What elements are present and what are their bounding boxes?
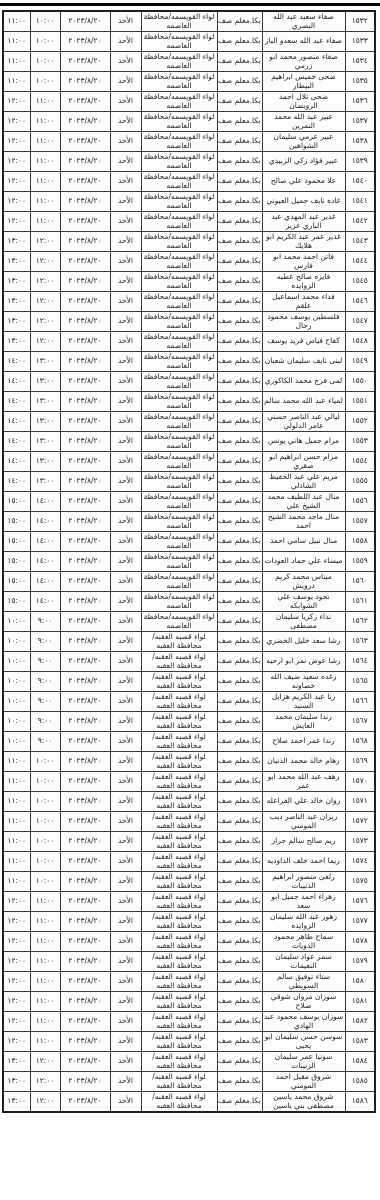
candidate-name-cell: لبنى نايف سليمان شعبان [262, 352, 345, 372]
start-time-cell: ١١:٠٠ [30, 192, 60, 212]
start-time-cell: ١٣:٠٠ [30, 372, 60, 392]
serial-number-cell: ١٥٧٢ [345, 812, 375, 832]
table-row: ١٥٦١ نجود يوسف علي الشوابكه بكا.معلم صف … [3, 592, 375, 612]
start-time-cell: ١١:٠٠ [30, 992, 60, 1012]
start-time-cell: ١٢:٠٠ [30, 272, 60, 292]
serial-number-cell: ١٥٣٧ [345, 112, 375, 132]
table-row: ١٥٧٣ ريم صالح سالم جرار بكا.معلم صف لواء… [3, 832, 375, 852]
start-time-cell: ٩:٠٠ [30, 652, 60, 672]
end-time-cell: ١٥:٠٠ [3, 592, 30, 612]
end-time-cell: ١٥:٠٠ [3, 572, 30, 592]
directorate-cell: لواء قصبه العقبه/محافظة العقبه [141, 852, 217, 872]
end-time-cell: ١٤:٠٠ [3, 392, 30, 412]
candidate-name-cell: علا محمود علي صالح [262, 172, 345, 192]
date-cell: ٢٠٢٣/٨/٢٠ [60, 652, 110, 672]
date-cell: ٢٠٢٣/٨/٢٠ [60, 472, 110, 492]
day-cell: الأحد [110, 492, 141, 512]
candidate-name-cell: صفاء عبد الله سعدو الباز [262, 32, 345, 52]
date-cell: ٢٠٢٣/٨/٢٠ [60, 172, 110, 192]
end-time-cell: ١٢:٠٠ [3, 1032, 30, 1052]
day-cell: الأحد [110, 1012, 141, 1032]
start-time-cell: ١٤:٠٠ [30, 592, 60, 612]
qualification-cell: بكا.معلم صف [217, 272, 262, 292]
table-row: ١٥٣٣ صفاء عبد الله سعدو الباز بكا.معلم ص… [3, 32, 375, 52]
candidate-name-cell: منال ماجد محمد الشيخ احمد [262, 512, 345, 532]
directorate-cell: لواء قصبه العقبه/محافظة العقبه [141, 872, 217, 892]
candidate-name-cell: سوزان مروان شوقي صلاح [262, 992, 345, 1012]
qualification-cell: بكا.معلم صف [217, 852, 262, 872]
end-time-cell: ١٢:٠٠ [3, 92, 30, 112]
directorate-cell: لواء القويسمه/محافظة العاصمه [141, 11, 217, 32]
day-cell: الأحد [110, 452, 141, 472]
table-row: ١٥٥٤ مرام حسن ابراهيم ابو صقري بكا.معلم … [3, 452, 375, 472]
date-cell: ٢٠٢٣/٨/٢٠ [60, 252, 110, 272]
candidate-name-cell: صفاء سعيد عبد الله البصري [262, 11, 345, 32]
candidate-name-cell: رشا عوض نمر ابو ارحيه [262, 652, 345, 672]
directorate-cell: لواء قصبه العقبه/محافظة العقبه [141, 812, 217, 832]
day-cell: الأحد [110, 632, 141, 652]
directorate-cell: لواء القويسمه/محافظة العاصمه [141, 232, 217, 252]
serial-number-cell: ١٥٧٠ [345, 772, 375, 792]
directorate-cell: لواء القويسمه/محافظة العاصمه [141, 72, 217, 92]
qualification-cell: بكا.معلم صف [217, 392, 262, 412]
directorate-cell: لواء القويسمه/محافظة العاصمه [141, 592, 217, 612]
day-cell: الأحد [110, 832, 141, 852]
table-row: ١٥٧٦ زهراء احمد جميل ابو سعد بكا.معلم صف… [3, 892, 375, 912]
end-time-cell: ١٥:٠٠ [3, 492, 30, 512]
day-cell: الأحد [110, 952, 141, 972]
start-time-cell: ٩:٠٠ [30, 672, 60, 692]
candidate-name-cell: فلسطين يوسف محمود رحال [262, 312, 345, 332]
start-time-cell: ١٣:٠٠ [30, 452, 60, 472]
table-row: ١٥٥٢ ليالي عبد الناصر حسني عامر الدلولي … [3, 412, 375, 432]
date-cell: ٢٠٢٣/٨/٢٠ [60, 972, 110, 992]
start-time-cell: ٩:٠٠ [30, 712, 60, 732]
candidate-name-cell: زلفى منصور ابراهيم الذنيبات [262, 872, 345, 892]
date-cell: ٢٠٢٣/٨/٢٠ [60, 32, 110, 52]
start-time-cell: ١٠:٠٠ [30, 72, 60, 92]
candidate-name-cell: رندا عمر احمد صلاح [262, 732, 345, 752]
table-row: ١٥٣٩ عبير فؤاد زكي الزبيدي بكا.معلم صف ل… [3, 152, 375, 172]
date-cell: ٢٠٢٣/٨/٢٠ [60, 52, 110, 72]
directorate-cell: لواء القويسمه/محافظة العاصمه [141, 352, 217, 372]
candidate-name-cell: عبير عزمي سليمان الشواهين [262, 132, 345, 152]
day-cell: الأحد [110, 112, 141, 132]
table-row: ١٥٥٦ منال عبد اللطيف محمد الشيخ علي بكا.… [3, 492, 375, 512]
qualification-cell: بكا.معلم صف [217, 812, 262, 832]
qualification-cell: بكا.معلم صف [217, 112, 262, 132]
day-cell: الأحد [110, 11, 141, 32]
candidate-name-cell: ضحى خميس ابراهيم البيطار [262, 72, 345, 92]
qualification-cell: بكا.معلم صف [217, 552, 262, 572]
table-row: ١٥٨٥ شروق مقبل احمد المومني بكا.معلم صف … [3, 1072, 375, 1092]
date-cell: ٢٠٢٣/٨/٢٠ [60, 72, 110, 92]
serial-number-cell: ١٥٧٧ [345, 912, 375, 932]
table-row: ١٥٥١ لمياء عبد الله محمد سالم بكا.معلم ص… [3, 392, 375, 412]
end-time-cell: ١١:٠٠ [3, 11, 30, 32]
qualification-cell: بكا.معلم صف [217, 132, 262, 152]
qualification-cell: بكا.معلم صف [217, 92, 262, 112]
serial-number-cell: ١٥٥٢ [345, 412, 375, 432]
day-cell: الأحد [110, 412, 141, 432]
end-time-cell: ١٤:٠٠ [3, 372, 30, 392]
start-time-cell: ١١:٠٠ [30, 132, 60, 152]
serial-number-cell: ١٥٨٥ [345, 1072, 375, 1092]
table-row: ١٥٧٢ ريزان عبد الناصر ديب المومني بكا.مع… [3, 812, 375, 832]
serial-number-cell: ١٥٣٣ [345, 32, 375, 52]
directorate-cell: لواء القويسمه/محافظة العاصمه [141, 212, 217, 232]
end-time-cell: ١٥:٠٠ [3, 532, 30, 552]
directorate-cell: لواء قصبه العقبه/محافظة العقبه [141, 692, 217, 712]
qualification-cell: بكا.معلم صف [217, 172, 262, 192]
start-time-cell: ١١:٠٠ [30, 152, 60, 172]
serial-number-cell: ١٥٤٨ [345, 332, 375, 352]
serial-number-cell: ١٥٤٣ [345, 232, 375, 252]
date-cell: ٢٠٢٣/٨/٢٠ [60, 1052, 110, 1072]
day-cell: الأحد [110, 572, 141, 592]
qualification-cell: بكا.معلم صف [217, 832, 262, 852]
end-time-cell: ١١:٠٠ [3, 72, 30, 92]
candidate-name-cell: سناء توفيق سالم السويطي [262, 972, 345, 992]
start-time-cell: ١١:٠٠ [30, 972, 60, 992]
end-time-cell: ١٣:٠٠ [3, 1092, 30, 1113]
end-time-cell: ١٥:٠٠ [3, 552, 30, 572]
day-cell: الأحد [110, 1072, 141, 1092]
day-cell: الأحد [110, 252, 141, 272]
candidate-name-cell: رشا سعد خليل الخضري [262, 632, 345, 652]
qualification-cell: بكا.معلم صف [217, 52, 262, 72]
end-time-cell: ١٤:٠٠ [3, 352, 30, 372]
day-cell: الأحد [110, 992, 141, 1012]
serial-number-cell: ١٥٥١ [345, 392, 375, 412]
table-row: ١٥٣٥ ضحى خميس ابراهيم البيطار بكا.معلم ص… [3, 72, 375, 92]
table-row: ١٥٧٤ ريما احمد خلف الداوديه بكا.معلم صف … [3, 852, 375, 872]
day-cell: الأحد [110, 292, 141, 312]
table-row: ١٥٦٦ رنا عبد الكريم هزايل السنيد بكا.معل… [3, 692, 375, 712]
date-cell: ٢٠٢٣/٨/٢٠ [60, 692, 110, 712]
directorate-cell: لواء القويسمه/محافظة العاصمه [141, 572, 217, 592]
directorate-cell: لواء قصبه العقبه/محافظة العقبه [141, 1032, 217, 1052]
directorate-cell: لواء القويسمه/محافظة العاصمه [141, 152, 217, 172]
serial-number-cell: ١٥٧٨ [345, 932, 375, 952]
candidate-name-cell: رندا سليمان محمد العايش [262, 712, 345, 732]
qualification-cell: بكا.معلم صف [217, 672, 262, 692]
qualification-cell: بكا.معلم صف [217, 472, 262, 492]
table-row: ١٥٥٣ مرام جميل هاني يونس بكا.معلم صف لوا… [3, 432, 375, 452]
candidate-name-cell: سمر عواد سليمان النعيمات [262, 952, 345, 972]
date-cell: ٢٠٢٣/٨/٢٠ [60, 192, 110, 212]
table-row: ١٥٣٦ ضحى تلال احمد الرويضان بكا.معلم صف … [3, 92, 375, 112]
table-row: ١٥٦٨ رندا عمر احمد صلاح بكا.معلم صف لواء… [3, 732, 375, 752]
day-cell: الأحد [110, 472, 141, 492]
end-time-cell: ١٠:٠٠ [3, 612, 30, 632]
serial-number-cell: ١٥٥٠ [345, 372, 375, 392]
qualification-cell: بكا.معلم صف [217, 372, 262, 392]
table-row: ١٥٦٧ رندا سليمان محمد العايش بكا.معلم صف… [3, 712, 375, 732]
serial-number-cell: ١٥٨٣ [345, 1032, 375, 1052]
qualification-cell: بكا.معلم صف [217, 432, 262, 452]
date-cell: ٢٠٢٣/٨/٢٠ [60, 332, 110, 352]
qualification-cell: بكا.معلم صف [217, 252, 262, 272]
table-row: ١٥٦٠ ميناس محمد كريم درويش بكا.معلم صف ل… [3, 572, 375, 592]
end-time-cell: ١٢:٠٠ [3, 992, 30, 1012]
qualification-cell: بكا.معلم صف [217, 992, 262, 1012]
date-cell: ٢٠٢٣/٨/٢٠ [60, 912, 110, 932]
day-cell: الأحد [110, 1052, 141, 1072]
serial-number-cell: ١٥٦١ [345, 592, 375, 612]
qualification-cell: بكا.معلم صف [217, 592, 262, 612]
end-time-cell: ١١:٠٠ [3, 852, 30, 872]
candidate-name-cell: نداء زكريا سليمان مصطفى [262, 612, 345, 632]
table-row: ١٥٥٩ ميساء علي حماد العودات بكا.معلم صف … [3, 552, 375, 572]
end-time-cell: ١١:٠٠ [3, 752, 30, 772]
serial-number-cell: ١٥٨٦ [345, 1092, 375, 1113]
qualification-cell: بكا.معلم صف [217, 752, 262, 772]
date-cell: ٢٠٢٣/٨/٢٠ [60, 832, 110, 852]
directorate-cell: لواء القويسمه/محافظة العاصمه [141, 192, 217, 212]
date-cell: ٢٠٢٣/٨/٢٠ [60, 632, 110, 652]
serial-number-cell: ١٥٦٢ [345, 612, 375, 632]
serial-number-cell: ١٥٧٣ [345, 832, 375, 852]
start-time-cell: ١٠:٠٠ [30, 52, 60, 72]
document-page: ١٥٣٢ صفاء سعيد عبد الله البصري بكا.معلم … [0, 0, 380, 1200]
day-cell: الأحد [110, 132, 141, 152]
day-cell: الأحد [110, 912, 141, 932]
qualification-cell: بكا.معلم صف [217, 712, 262, 732]
end-time-cell: ١١:٠٠ [3, 772, 30, 792]
candidate-name-cell: رهام خالد محمد الذنيان [262, 752, 345, 772]
directorate-cell: لواء القويسمه/محافظة العاصمه [141, 492, 217, 512]
serial-number-cell: ١٥٥٨ [345, 532, 375, 552]
exam-schedule-table: ١٥٣٢ صفاء سعيد عبد الله البصري بكا.معلم … [2, 10, 376, 1113]
day-cell: الأحد [110, 92, 141, 112]
serial-number-cell: ١٥٣٢ [345, 11, 375, 32]
end-time-cell: ١٠:٠٠ [3, 712, 30, 732]
end-time-cell: ١٠:٠٠ [3, 672, 30, 692]
end-time-cell: ١٢:٠٠ [3, 972, 30, 992]
date-cell: ٢٠٢٣/٨/٢٠ [60, 312, 110, 332]
candidate-name-cell: شروق مقبل احمد المومني [262, 1072, 345, 1092]
date-cell: ٢٠٢٣/٨/٢٠ [60, 852, 110, 872]
start-time-cell: ٩:٠٠ [30, 732, 60, 752]
table-row: ١٥٤٤ فاتن احمد محمد ابو فارس بكا.معلم صف… [3, 252, 375, 272]
serial-number-cell: ١٥٤١ [345, 192, 375, 212]
qualification-cell: بكا.معلم صف [217, 512, 262, 532]
qualification-cell: بكا.معلم صف [217, 952, 262, 972]
candidate-name-cell: لمياء عبد الله محمد سالم [262, 392, 345, 412]
directorate-cell: لواء قصبه العقبه/محافظة العقبه [141, 632, 217, 652]
directorate-cell: لواء القويسمه/محافظة العاصمه [141, 412, 217, 432]
start-time-cell: ١٣:٠٠ [30, 432, 60, 452]
table-row: ١٥٤٥ فايزه صالح عطيه الزوايده بكا.معلم ص… [3, 272, 375, 292]
candidate-name-cell: مريم علي عبد الحفيظ الشاذلي [262, 472, 345, 492]
start-time-cell: ١٣:٠٠ [30, 392, 60, 412]
end-time-cell: ١٢:٠٠ [3, 932, 30, 952]
table-row: ١٥٦٩ رهام خالد محمد الذنيان بكا.معلم صف … [3, 752, 375, 772]
directorate-cell: لواء قصبه العقبه/محافظة العقبه [141, 672, 217, 692]
directorate-cell: لواء قصبه العقبه/محافظة العقبه [141, 792, 217, 812]
table-row: ١٥٨٤ سونيا عمر سليمان الزنيبات بكا.معلم … [3, 1052, 375, 1072]
qualification-cell: بكا.معلم صف [217, 652, 262, 672]
start-time-cell: ١١:٠٠ [30, 1012, 60, 1032]
date-cell: ٢٠٢٣/٨/٢٠ [60, 752, 110, 772]
directorate-cell: لواء القويسمه/محافظة العاصمه [141, 552, 217, 572]
date-cell: ٢٠٢٣/٨/٢٠ [60, 432, 110, 452]
end-time-cell: ١٢:٠٠ [3, 112, 30, 132]
serial-number-cell: ١٥٦٦ [345, 692, 375, 712]
end-time-cell: ١٢:٠٠ [3, 892, 30, 912]
directorate-cell: لواء القويسمه/محافظة العاصمه [141, 132, 217, 152]
candidate-name-cell: عبير عبد الله محمد النمرين [262, 112, 345, 132]
start-time-cell: ١١:٠٠ [30, 92, 60, 112]
candidate-name-cell: روان خالد علي الفراعله [262, 792, 345, 812]
qualification-cell: بكا.معلم صف [217, 692, 262, 712]
end-time-cell: ١٢:٠٠ [3, 172, 30, 192]
directorate-cell: لواء القويسمه/محافظة العاصمه [141, 452, 217, 472]
qualification-cell: بكا.معلم صف [217, 332, 262, 352]
table-row: ١٥٥٥ مريم علي عبد الحفيظ الشاذلي بكا.معل… [3, 472, 375, 492]
directorate-cell: لواء القويسمه/محافظة العاصمه [141, 512, 217, 532]
day-cell: الأحد [110, 232, 141, 252]
date-cell: ٢٠٢٣/٨/٢٠ [60, 452, 110, 472]
end-time-cell: ١٣:٠٠ [3, 292, 30, 312]
qualification-cell: بكا.معلم صف [217, 772, 262, 792]
qualification-cell: بكا.معلم صف [217, 152, 262, 172]
day-cell: الأحد [110, 212, 141, 232]
start-time-cell: ٩:٠٠ [30, 692, 60, 712]
candidate-name-cell: منال عبد اللطيف محمد الشيخ علي [262, 492, 345, 512]
candidate-name-cell: فايزه صالح عطيه الزوايده [262, 272, 345, 292]
start-time-cell: ١١:٠٠ [30, 172, 60, 192]
start-time-cell: ١٢:٠٠ [30, 1072, 60, 1092]
serial-number-cell: ١٥٦٣ [345, 632, 375, 652]
qualification-cell: بكا.معلم صف [217, 912, 262, 932]
start-time-cell: ١٣:٠٠ [30, 412, 60, 432]
date-cell: ٢٠٢٣/٨/٢٠ [60, 512, 110, 532]
start-time-cell: ١٠:٠٠ [30, 872, 60, 892]
date-cell: ٢٠٢٣/٨/٢٠ [60, 732, 110, 752]
start-time-cell: ١١:٠٠ [30, 952, 60, 972]
start-time-cell: ١٠:٠٠ [30, 832, 60, 852]
day-cell: الأحد [110, 712, 141, 732]
qualification-cell: بكا.معلم صف [217, 612, 262, 632]
date-cell: ٢٠٢٣/٨/٢٠ [60, 772, 110, 792]
candidate-name-cell: منال نبيل سامي احمد [262, 532, 345, 552]
serial-number-cell: ١٥٨١ [345, 992, 375, 1012]
date-cell: ٢٠٢٣/٨/٢٠ [60, 392, 110, 412]
directorate-cell: لواء القويسمه/محافظة العاصمه [141, 332, 217, 352]
start-time-cell: ١٠:٠٠ [30, 32, 60, 52]
table-row: ١٥٤١ غاده نايف جميل العيوني بكا.معلم صف … [3, 192, 375, 212]
serial-number-cell: ١٥٧٤ [345, 852, 375, 872]
day-cell: الأحد [110, 652, 141, 672]
candidate-name-cell: سوزان يوسف محمود عبد الهادي [262, 1012, 345, 1032]
start-time-cell: ١٠:٠٠ [30, 752, 60, 772]
directorate-cell: لواء القويسمه/محافظة العاصمه [141, 372, 217, 392]
qualification-cell: بكا.معلم صف [217, 352, 262, 372]
candidate-name-cell: نجود يوسف علي الشوابكه [262, 592, 345, 612]
serial-number-cell: ١٥٧٦ [345, 892, 375, 912]
end-time-cell: ١٤:٠٠ [3, 432, 30, 452]
candidate-name-cell: سماح طاهر محمود الدويات [262, 932, 345, 952]
directorate-cell: لواء قصبه العقبه/محافظة العقبه [141, 732, 217, 752]
serial-number-cell: ١٥٧٩ [345, 952, 375, 972]
end-time-cell: ١٢:٠٠ [3, 952, 30, 972]
qualification-cell: بكا.معلم صف [217, 292, 262, 312]
start-time-cell: ١١:٠٠ [30, 112, 60, 132]
table-row: ١٥٦٥ رغده سعيد ضيف الله خصاونه بكا.معلم … [3, 672, 375, 692]
qualification-cell: بكا.معلم صف [217, 192, 262, 212]
qualification-cell: بكا.معلم صف [217, 792, 262, 812]
date-cell: ٢٠٢٣/٨/٢٠ [60, 212, 110, 232]
date-cell: ٢٠٢٣/٨/٢٠ [60, 352, 110, 372]
day-cell: الأحد [110, 732, 141, 752]
candidate-name-cell: زهور عبد الله سليمان الزوايده [262, 912, 345, 932]
candidate-name-cell: ريما احمد خلف الداوديه [262, 852, 345, 872]
day-cell: الأحد [110, 332, 141, 352]
date-cell: ٢٠٢٣/٨/٢٠ [60, 372, 110, 392]
directorate-cell: لواء القويسمه/محافظة العاصمه [141, 432, 217, 452]
directorate-cell: لواء القويسمه/محافظة العاصمه [141, 612, 217, 632]
qualification-cell: بكا.معلم صف [217, 1032, 262, 1052]
directorate-cell: لواء قصبه العقبه/محافظة العقبه [141, 932, 217, 952]
directorate-cell: لواء قصبه العقبه/محافظة العقبه [141, 652, 217, 672]
day-cell: الأحد [110, 812, 141, 832]
day-cell: الأحد [110, 872, 141, 892]
day-cell: الأحد [110, 772, 141, 792]
serial-number-cell: ١٥٧١ [345, 792, 375, 812]
day-cell: الأحد [110, 612, 141, 632]
serial-number-cell: ١٥٥٦ [345, 492, 375, 512]
serial-number-cell: ١٥٤٤ [345, 252, 375, 272]
start-time-cell: ٩:٠٠ [30, 632, 60, 652]
qualification-cell: بكا.معلم صف [217, 892, 262, 912]
end-time-cell: ١١:٠٠ [3, 832, 30, 852]
end-time-cell: ١٣:٠٠ [3, 312, 30, 332]
day-cell: الأحد [110, 52, 141, 72]
end-time-cell: ١٠:٠٠ [3, 632, 30, 652]
serial-number-cell: ١٥٨٠ [345, 972, 375, 992]
directorate-cell: لواء قصبه العقبه/محافظة العقبه [141, 772, 217, 792]
table-row: ١٥٣٨ عبير عزمي سليمان الشواهين بكا.معلم … [3, 132, 375, 152]
date-cell: ٢٠٢٣/٨/٢٠ [60, 992, 110, 1012]
end-time-cell: ١٠:٠٠ [3, 692, 30, 712]
end-time-cell: ١٣:٠٠ [3, 272, 30, 292]
date-cell: ٢٠٢٣/٨/٢٠ [60, 1012, 110, 1032]
directorate-cell: لواء قصبه العقبه/محافظة العقبه [141, 1012, 217, 1032]
directorate-cell: لواء القويسمه/محافظة العاصمه [141, 32, 217, 52]
directorate-cell: لواء قصبه العقبه/محافظة العقبه [141, 912, 217, 932]
directorate-cell: لواء القويسمه/محافظة العاصمه [141, 92, 217, 112]
serial-number-cell: ١٥٤٦ [345, 292, 375, 312]
day-cell: الأحد [110, 352, 141, 372]
start-time-cell: ١٤:٠٠ [30, 552, 60, 572]
day-cell: الأحد [110, 152, 141, 172]
serial-number-cell: ١٥٦٠ [345, 572, 375, 592]
table-row: ١٥٦٤ رشا عوض نمر ابو ارحيه بكا.معلم صف ل… [3, 652, 375, 672]
table-row: ١٥٧١ روان خالد علي الفراعله بكا.معلم صف … [3, 792, 375, 812]
day-cell: الأحد [110, 32, 141, 52]
day-cell: الأحد [110, 692, 141, 712]
serial-number-cell: ١٥٣٥ [345, 72, 375, 92]
candidate-name-cell: سونيا عمر سليمان الزنيبات [262, 1052, 345, 1072]
date-cell: ٢٠٢٣/٨/٢٠ [60, 552, 110, 572]
start-time-cell: ١٤:٠٠ [30, 572, 60, 592]
day-cell: الأحد [110, 1032, 141, 1052]
directorate-cell: لواء القويسمه/محافظة العاصمه [141, 252, 217, 272]
candidate-name-cell: صفاء منصور محمد ابو زرمي [262, 52, 345, 72]
table-row: ١٥٤٣ غدير عمر عبد الكريم ابو هلايك بكا.م… [3, 232, 375, 252]
